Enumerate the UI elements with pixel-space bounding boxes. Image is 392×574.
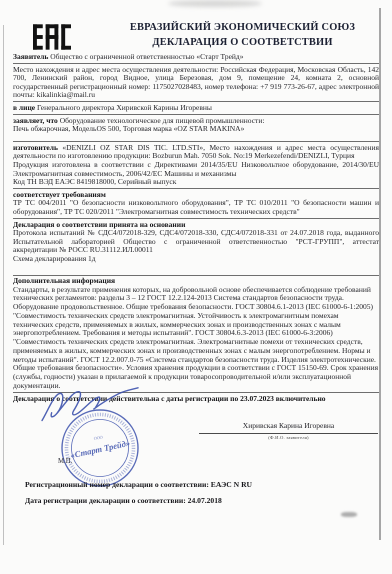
stamp-ooo-label: ООО (93, 434, 103, 441)
in-person-label: в лице (13, 103, 35, 112)
spacer (13, 134, 379, 140)
signatory-name: Хиривская Карина Игоревна (199, 421, 378, 434)
in-person-line: в лице Генерального директора Хиривской … (13, 104, 379, 113)
divider (13, 63, 379, 64)
title-line2: ДЕКЛАРАЦИЯ О СООТВЕТСТВИИ (100, 36, 385, 51)
scan-edge-right (379, 8, 381, 540)
company-stamp: ООО «Старт Трейд» (50, 404, 150, 488)
signatory-caption: (Ф.И.О. заявителя) (199, 435, 378, 440)
stamp-company-name: «Старт Трейд» (70, 438, 131, 460)
title-line1: ЕВРАЗИЙСКИЙ ЭКОНОМИЧЕСКИЙ СОЮЗ (100, 21, 385, 36)
scan-artifact-bottom (341, 512, 357, 517)
scan-edge-left (3, 25, 4, 545)
signatory-block: Хиривская Карина Игоревна (Ф.И.О. заявит… (199, 421, 378, 440)
production-line: Продукция изготовлена в соответствии с Д… (13, 161, 379, 178)
declares-line: заявляет, что Оборудование технологическ… (13, 117, 379, 134)
applicant-value: Общество с ограниченной ответственностью… (50, 52, 243, 61)
product-line: Печь обжарочная, МодельOS 500, Торговая … (13, 124, 244, 133)
stamp-place-label: М.П. (58, 458, 72, 465)
basis-text: Протокола испытаний № СДС4/072018-329, С… (13, 229, 379, 255)
scan-artifact-top (168, 0, 262, 7)
eac-mark-icon (33, 22, 71, 52)
scheme-line: Схема декларирования 1д (13, 255, 379, 264)
additional-text: Стандарты, в результате применения котор… (13, 286, 379, 391)
applicant-label: Заявитель (13, 52, 48, 61)
complies-text: ТР ТС 004/2011 "О безопасности низковоль… (13, 199, 379, 216)
applicant-line: Заявитель Общество с ограниченной ответс… (13, 53, 379, 62)
registration-date-line: Дата регистрации декларации о соответств… (25, 496, 375, 505)
manufacturer-value: «DENIZLI OZ STAR DIS TIC. LTD.STI», Мест… (13, 143, 379, 161)
registration-block: Регистрационный номер декларации о соотв… (25, 480, 375, 505)
registration-number-line: Регистрационный номер декларации о соотв… (25, 480, 375, 489)
tnved-line: Код ТН ВЭД ЕАЭС 8419818000, Серийный вып… (13, 178, 379, 187)
applicant-address: Место нахождения и адрес места осуществл… (13, 66, 379, 100)
document-title: ЕВРАЗИЙСКИЙ ЭКОНОМИЧЕСКИЙ СОЮЗ ДЕКЛАРАЦИ… (100, 21, 385, 50)
declaration-body-upper: Заявитель Общество с ограниченной ответс… (13, 53, 379, 263)
in-person-value: Генерального директора Хиривской Карины … (37, 103, 212, 112)
manufacturer-line: изготовитель «DENIZLI OZ STAR DIS TIC. L… (13, 144, 379, 161)
declaration-document: ЕВРАЗИЙСКИЙ ЭКОНОМИЧЕСКИЙ СОЮЗ ДЕКЛАРАЦИ… (0, 0, 392, 574)
